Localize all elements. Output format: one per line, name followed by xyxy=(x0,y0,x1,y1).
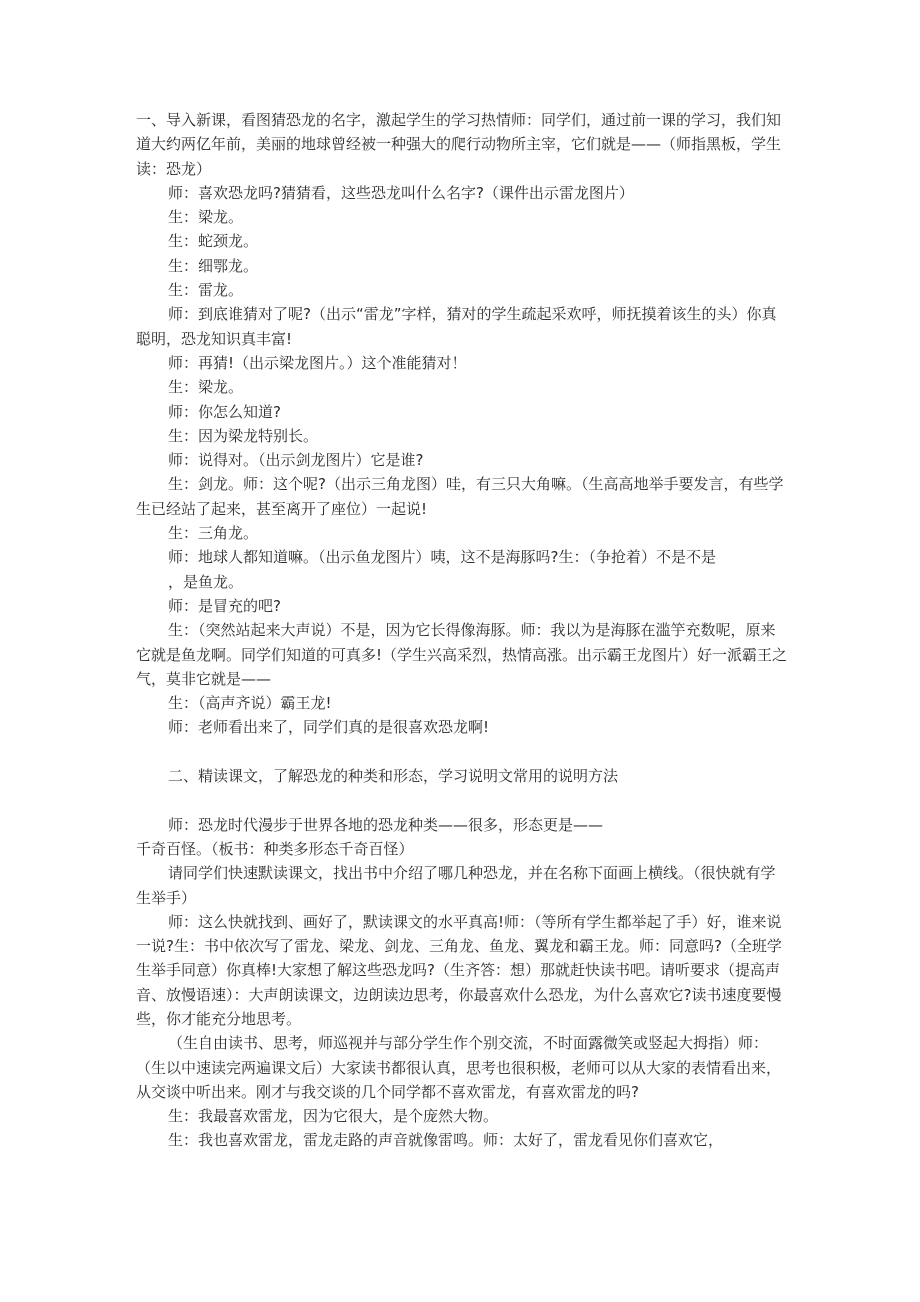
paragraph: ，是鱼龙。 xyxy=(136,570,790,594)
paragraph: 师：恐龙时代漫步于世界各地的恐龙种类——很多，形态更是—— xyxy=(136,813,790,837)
paragraph: 生：细鄂龙。 xyxy=(136,254,790,278)
paragraph: 师：这么快就找到、画好了，默读课文的水平真高!师：（等所有学生都举起了手）好，谁… xyxy=(136,910,790,1031)
paragraph: 生：梁龙。 xyxy=(136,375,790,399)
document-page: 一、导入新课，看图猜恐龙的名字，激起学生的学习热情师：同学们，通过前一课的学习，… xyxy=(136,108,790,1153)
paragraph: 生：（高声齐说）霸王龙! xyxy=(136,691,790,715)
paragraph: 生：蛇颈龙。 xyxy=(136,229,790,253)
section-heading: 二、精读课文，了解恐龙的种类和形态，学习说明文常用的说明方法 xyxy=(136,764,790,788)
paragraph: 师：你怎么知道? xyxy=(136,400,790,424)
paragraph: 生：我最喜欢雷龙，因为它很大，是个庞然大物。 xyxy=(136,1104,790,1128)
paragraph: 师：老师看出来了，同学们真的是很喜欢恐龙啊! xyxy=(136,715,790,739)
paragraph: 师：是冒充的吧? xyxy=(136,594,790,618)
blank-line xyxy=(136,788,790,812)
paragraph: 生：梁龙。 xyxy=(136,205,790,229)
blank-line xyxy=(136,740,790,764)
paragraph: （生自由读书、思考，师巡视并与部分学生作个别交流，不时面露微笑或竖起大拇指）师：… xyxy=(136,1031,790,1104)
paragraph: 生：三角龙。 xyxy=(136,521,790,545)
paragraph: 生：（突然站起来大声说）不是，因为它长得像海豚。师：我以为是海豚在滥竽充数呢，原… xyxy=(136,618,790,691)
paragraph: 请同学们快速默读课文，找出书中介绍了哪几种恐龙，并在名称下面画上横线。（很快就有… xyxy=(136,861,790,910)
paragraph: 生：我也喜欢雷龙，雷龙走路的声音就像雷鸣。师：太好了，雷龙看见你们喜欢它， xyxy=(136,1128,790,1152)
paragraph: 生：因为梁龙特别长。 xyxy=(136,424,790,448)
paragraph: 一、导入新课，看图猜恐龙的名字，激起学生的学习热情师：同学们，通过前一课的学习，… xyxy=(136,108,790,181)
paragraph: 师：喜欢恐龙吗?猜猜看，这些恐龙叫什么名字?（课件出示雷龙图片） xyxy=(136,181,790,205)
paragraph: 生：雷龙。 xyxy=(136,278,790,302)
paragraph: 师：到底谁猜对了呢?（出示“雷龙”字样，猜对的学生疏起采欢呼，师抚摸着该生的头）… xyxy=(136,302,790,351)
paragraph: 千奇百怪。（板书：种类多形态千奇百怪） xyxy=(136,837,790,861)
paragraph: 师：说得对。（出示剑龙图片）它是谁? xyxy=(136,448,790,472)
paragraph: 生：剑龙。师：这个呢?（出示三角龙图）哇，有三只大角嘛。（生高高地举手要发言，有… xyxy=(136,472,790,521)
paragraph: 师：地球人都知道嘛。（出示鱼龙图片）咦，这不是海豚吗?生：（争抢着）不是不是 xyxy=(136,545,790,569)
paragraph: 师：再猜!（出示梁龙图片。）这个准能猜对！ xyxy=(136,351,790,375)
